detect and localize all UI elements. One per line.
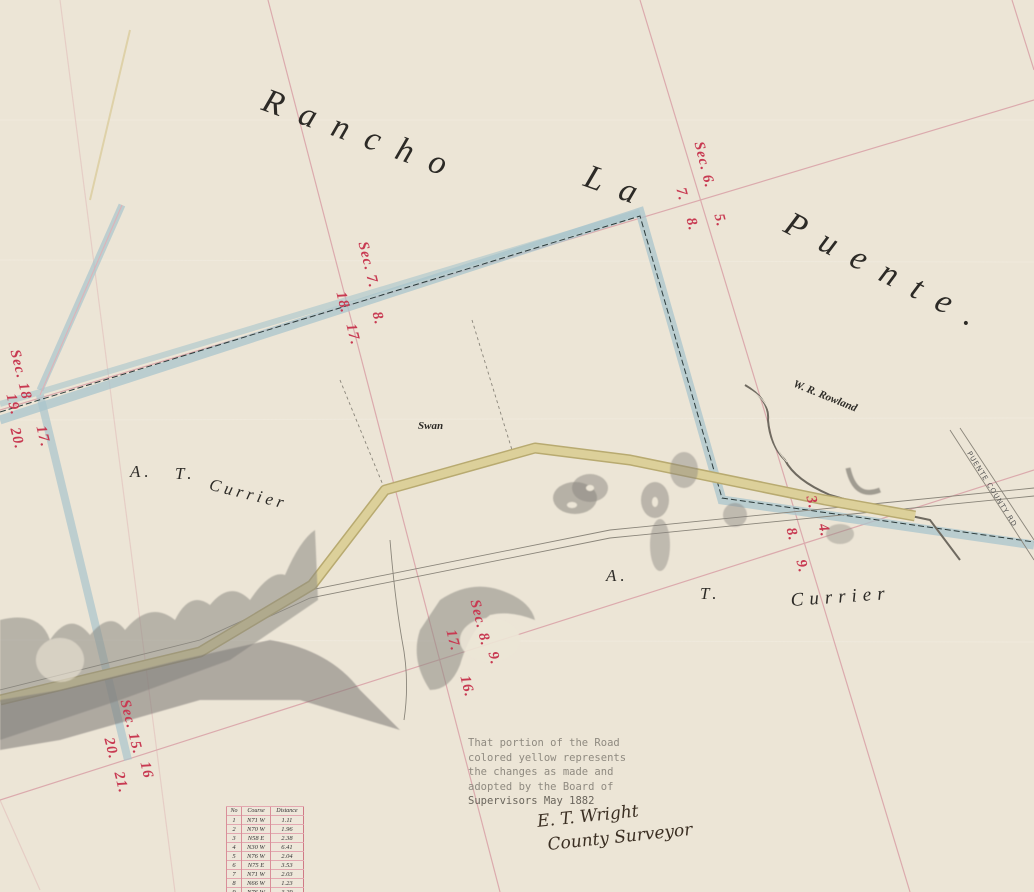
cell-distance: 1.23	[270, 879, 303, 888]
cell-no: 2	[227, 825, 242, 834]
cell-course: N30 W	[242, 843, 271, 852]
column-header: Course	[242, 807, 271, 816]
cell-no: 3	[227, 834, 242, 843]
table-row: 1N71 W1.11	[227, 816, 304, 825]
cell-no: 4	[227, 843, 242, 852]
table-header-row: No Course Distance	[227, 807, 304, 816]
survey-map: Rancho La Puente. A. T. Currier A. T. Cu…	[0, 0, 1034, 892]
cell-distance: 2.38	[270, 834, 303, 843]
cell-no: 5	[227, 852, 242, 861]
cell-no: 6	[227, 861, 242, 870]
note-line: adopted by the Board of	[468, 780, 626, 795]
cell-distance: 6.41	[270, 843, 303, 852]
cell-course: N75 E	[242, 861, 271, 870]
table-row: 3N58 E2.38	[227, 834, 304, 843]
cell-course: N76 W	[242, 852, 271, 861]
cell-course: N76 W	[242, 888, 271, 892]
cell-course: N58 E	[242, 834, 271, 843]
cell-no: 1	[227, 816, 242, 825]
note-line: colored yellow represents	[468, 751, 626, 766]
note-line: the changes as made and	[468, 765, 626, 780]
cell-course: N66 W	[242, 879, 271, 888]
cell-distance: 3.29	[270, 888, 303, 892]
cell-no: 7	[227, 870, 242, 879]
table-row: 5N76 W2.04	[227, 852, 304, 861]
owner-t-label: T.	[175, 464, 195, 484]
cell-no: 8	[227, 879, 242, 888]
table-row: 9N76 W3.29	[227, 888, 304, 892]
course-table: No Course Distance 1N71 W1.11 2N70 W1.96…	[226, 806, 304, 892]
table-row: 8N66 W1.23	[227, 879, 304, 888]
cell-distance: 1.11	[270, 816, 303, 825]
cell-distance: 3.53	[270, 861, 303, 870]
table-row: 7N71 W2.03	[227, 870, 304, 879]
note-line: That portion of the Road	[468, 736, 626, 751]
cell-distance: 1.96	[270, 825, 303, 834]
map-note: That portion of the Road colored yellow …	[468, 736, 626, 809]
table-row: 2N70 W1.96	[227, 825, 304, 834]
column-header: No	[227, 807, 242, 816]
cell-course: N71 W	[242, 870, 271, 879]
cell-distance: 2.03	[270, 870, 303, 879]
owner-a-se-label: A.	[606, 566, 629, 586]
table-row: 6N75 E3.53	[227, 861, 304, 870]
owner-t-se-label: T.	[700, 584, 720, 604]
cell-distance: 2.04	[270, 852, 303, 861]
cell-course: N70 W	[242, 825, 271, 834]
column-header: Distance	[270, 807, 303, 816]
owner-a-label: A.	[130, 462, 153, 482]
cell-course: N71 W	[242, 816, 271, 825]
table-row: 4N30 W6.41	[227, 843, 304, 852]
owner-swan-label: Swan	[418, 420, 443, 432]
cell-no: 9	[227, 888, 242, 892]
